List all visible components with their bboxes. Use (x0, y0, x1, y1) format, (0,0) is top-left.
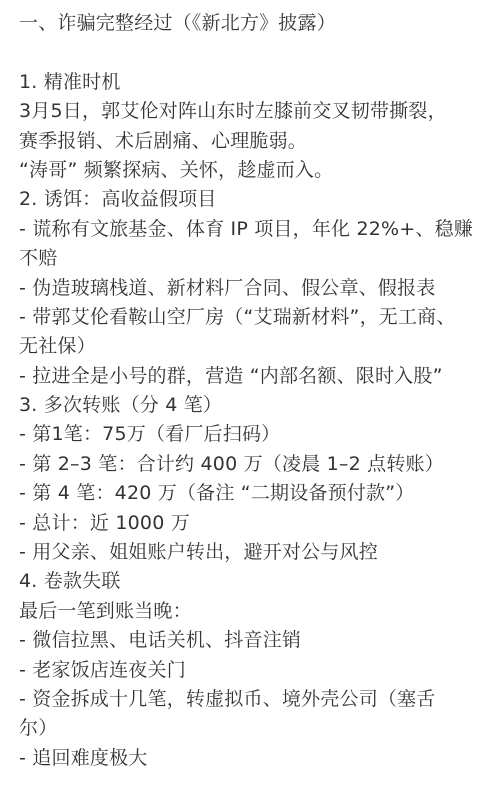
text-line: 3月5日，郭艾伦对阵山东时左膝前交叉韧带撕裂， (19, 97, 495, 126)
text-line: “涛哥” 频繁探病、关怀，趁虚而入。 (19, 156, 495, 185)
text-line: - 谎称有文旅基金、体育 IP 项目，年化 22%+、稳赚 (19, 215, 495, 244)
text-line: - 老家饭店连夜关门 (19, 656, 495, 685)
text-line: - 拉进全是小号的群，营造 “内部名额、限时入股” (19, 362, 495, 391)
section-transfers: 3. 多次转账（分 4 笔） - 第1笔：75万（看厂后扫码） - 第 2–3 … (19, 391, 495, 567)
text-line: 尔） (19, 714, 495, 743)
text-line: 无社保） (19, 332, 495, 361)
section-disappearance: 4. 卷款失联 最后一笔到账当晚： - 微信拉黑、电话关机、抖音注销 - 老家饭… (19, 567, 495, 773)
text-line: - 第 2–3 笔：合计约 400 万（凌晨 1–2 点转账） (19, 450, 495, 479)
section-heading: 3. 多次转账（分 4 笔） (19, 391, 495, 420)
text-line: - 带郭艾伦看鞍山空厂房（“艾瑞新材料”，无工商、 (19, 303, 495, 332)
text-line: - 用父亲、姐姐账户转出，避开对公与风控 (19, 538, 495, 567)
document-title: 一、诈骗完整经过（《新北方》披露） (19, 9, 495, 38)
text-line: - 资金拆成十几笔，转虚拟币、境外壳公司（塞舌 (19, 685, 495, 714)
section-bait: 2. 诱饵：高收益假项目 - 谎称有文旅基金、体育 IP 项目，年化 22%+、… (19, 185, 495, 391)
section-heading: 4. 卷款失联 (19, 567, 495, 596)
text-line: - 追回难度极大 (19, 744, 495, 773)
text-line: - 第1笔：75万（看厂后扫码） (19, 420, 495, 449)
text-line: - 总计：近 1000 万 (19, 509, 495, 538)
section-timing: 1. 精准时机 3月5日，郭艾伦对阵山东时左膝前交叉韧带撕裂， 赛季报销、术后剧… (19, 68, 495, 186)
text-line: 最后一笔到账当晚： (19, 597, 495, 626)
section-heading: 1. 精准时机 (19, 68, 495, 97)
text-line: 赛季报销、术后剧痛、心理脆弱。 (19, 127, 495, 156)
text-line: 不赔 (19, 244, 495, 273)
blank-line (19, 38, 495, 67)
text-line: - 第 4 笔：420 万（备注 “二期设备预付款”） (19, 479, 495, 508)
text-line: - 伪造玻璃栈道、新材料厂合同、假公章、假报表 (19, 274, 495, 303)
section-heading: 2. 诱饵：高收益假项目 (19, 185, 495, 214)
article-body: 一、诈骗完整经过（《新北方》披露） 1. 精准时机 3月5日，郭艾伦对阵山东时左… (19, 9, 495, 773)
text-line: - 微信拉黑、电话关机、抖音注销 (19, 626, 495, 655)
